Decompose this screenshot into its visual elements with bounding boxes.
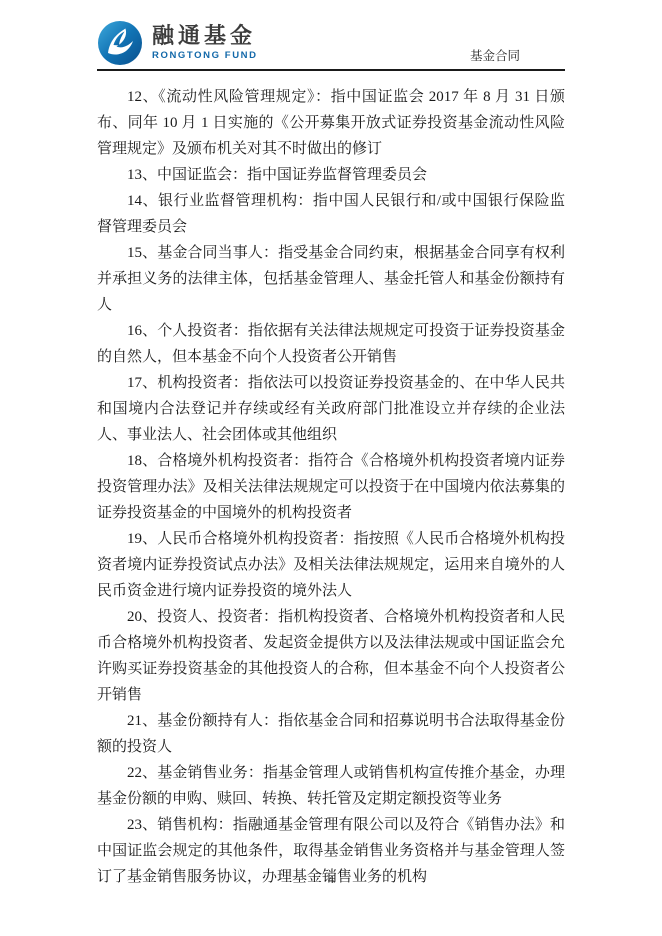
contract-paragraph: 17、机构投资者：指依法可以投资证券投资基金的、在中华人民共和国境内合法登记并存… (97, 370, 565, 448)
contract-page: 融通基金 RONGTONG FUND 基金合同 12、《流动性风险管理规定》：指… (0, 0, 662, 936)
brand-text: 融通基金 RONGTONG FUND (152, 25, 258, 61)
document-type-label: 基金合同 (470, 46, 565, 66)
page-number: 4 (328, 872, 334, 886)
contract-paragraph: 22、基金销售业务：指基金管理人或销售机构宣传推介基金，办理基金份额的申购、赎回… (97, 760, 565, 812)
contract-paragraph: 14、银行业监督管理机构：指中国人民银行和/或中国银行保险监督管理委员会 (97, 188, 565, 240)
brand-name-en: RONGTONG FUND (152, 51, 258, 61)
company-logo: 融通基金 RONGTONG FUND (97, 20, 258, 66)
contract-paragraph: 16、个人投资者：指依据有关法律法规规定可投资于证券投资基金的自然人，但本基金不… (97, 318, 565, 370)
contract-paragraph: 19、人民币合格境外机构投资者：指按照《人民币合格境外机构投资者境内证券投资试点… (97, 526, 565, 604)
contract-paragraphs: 12、《流动性风险管理规定》：指中国证监会 2017 年 8 月 31 日颁布、… (97, 84, 565, 890)
contract-paragraph: 12、《流动性风险管理规定》：指中国证监会 2017 年 8 月 31 日颁布、… (97, 84, 565, 162)
contract-paragraph: 20、投资人、投资者：指机构投资者、合格境外机构投资者和人民币合格境外机构投资者… (97, 604, 565, 708)
page-footer: 4 (0, 870, 662, 888)
contract-paragraph: 15、基金合同当事人：指受基金合同约束，根据基金合同享有权利并承担义务的法律主体… (97, 240, 565, 318)
contract-paragraph: 13、中国证监会：指中国证券监督管理委员会 (97, 162, 565, 188)
page-header: 融通基金 RONGTONG FUND 基金合同 (97, 20, 565, 71)
contract-paragraph: 18、合格境外机构投资者：指符合《合格境外机构投资者境内证券投资管理办法》及相关… (97, 448, 565, 526)
brand-name-cn: 融通基金 (152, 25, 258, 47)
rongtong-wave-logo-icon (97, 20, 143, 66)
contract-paragraph: 21、基金份额持有人：指依基金合同和招募说明书合法取得基金份额的投资人 (97, 708, 565, 760)
